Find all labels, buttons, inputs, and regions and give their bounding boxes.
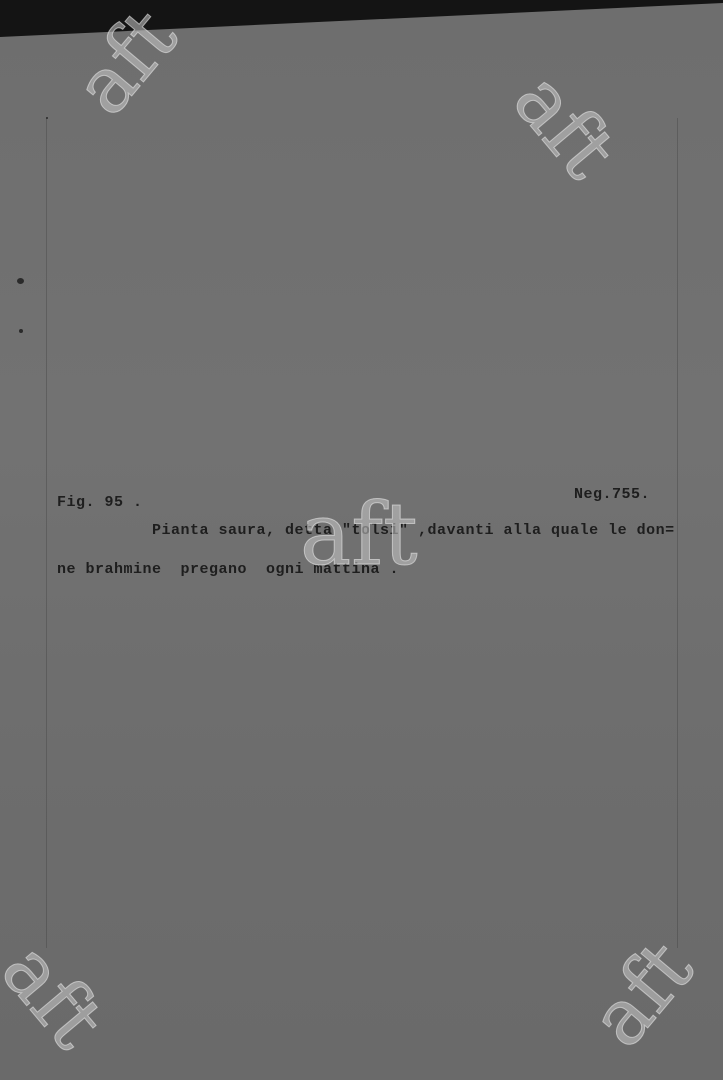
figure-label: Fig. 95 . bbox=[57, 494, 143, 511]
paper-speck bbox=[19, 329, 23, 333]
watermark-center: aft bbox=[300, 492, 418, 578]
paper-speck bbox=[17, 278, 24, 284]
negative-number: Neg.755. bbox=[574, 486, 650, 503]
paper-speck bbox=[46, 117, 48, 119]
